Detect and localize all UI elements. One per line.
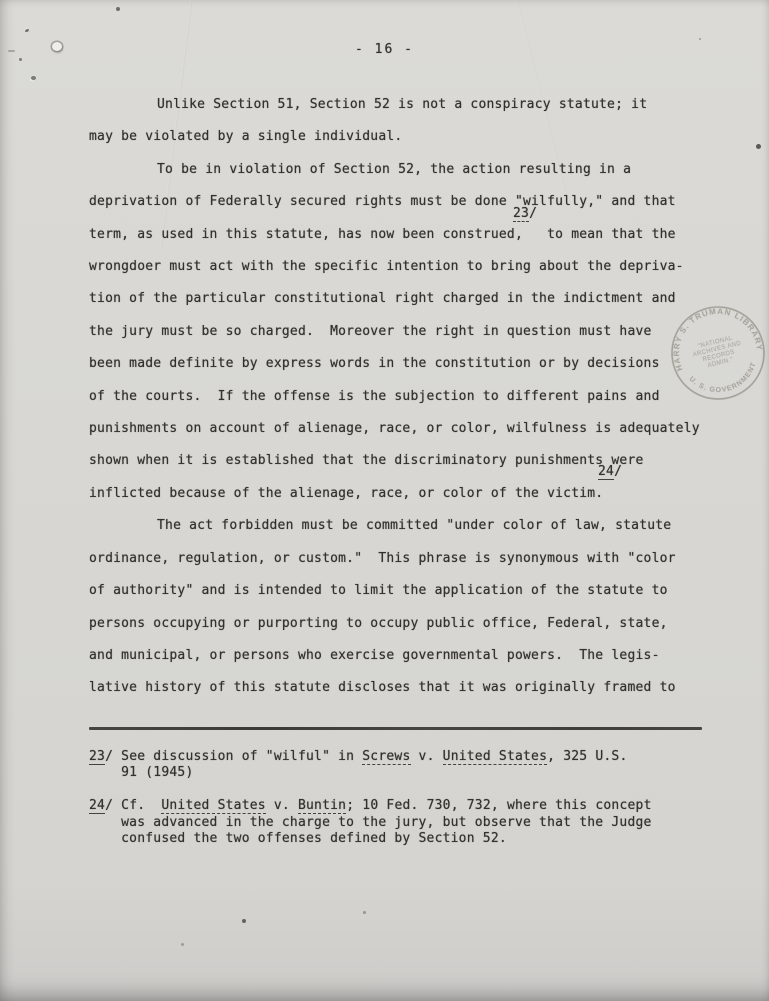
paper-speck [242, 919, 246, 923]
paper-speck [19, 58, 22, 61]
text-segment: 91 (1945) [89, 765, 193, 780]
footnote-line: 24/ Cf. United States v. Buntin; 10 Fed.… [89, 798, 652, 814]
footnote-ref-24: 24/ [598, 464, 622, 479]
text-segment: , 325 U.S. [547, 749, 627, 764]
footnote-line: confused the two offenses defined by Sec… [89, 831, 652, 847]
text-segment: was advanced in the charge to the jury, … [89, 815, 652, 830]
paper-speck [116, 7, 120, 11]
body-line: To be in violation of Section 52, the ac… [89, 154, 700, 186]
paper-speck [181, 943, 184, 946]
text-segment: / [614, 464, 622, 479]
underlined-text: United States [161, 798, 265, 814]
underlined-text: 23 [89, 749, 105, 765]
paper-speck [24, 28, 29, 32]
text-segment: v. [266, 798, 298, 813]
text-segment: / [529, 206, 537, 221]
body-line: been made definite by express words in t… [89, 348, 700, 380]
text-segment: v. [411, 749, 443, 764]
underlined-text: United States [443, 749, 547, 765]
text-segment: / Cf. [105, 798, 161, 813]
body-line: term, as used in this statute, has now b… [89, 219, 700, 251]
footnote-separator [89, 727, 702, 730]
body-line: wrongdoer must act with the specific int… [89, 251, 700, 283]
body-line: deprivation of Federally secured rights … [89, 186, 700, 218]
body-line: and municipal, or persons who exercise g… [89, 640, 700, 672]
footnote-ref-23: 23/ [513, 206, 537, 221]
underlined-text: Buntin [298, 798, 346, 814]
body-line: of the courts. If the offense is the sub… [89, 381, 700, 413]
paper-speck [756, 144, 761, 149]
footnote-line: 91 (1945) [89, 765, 652, 781]
footnote-line: 23/ See discussion of "wilful" in Screws… [89, 749, 652, 765]
paper-speck [699, 38, 701, 40]
scanned-document-page: - 16 - Unlike Section 51, Section 52 is … [0, 0, 769, 1001]
underlined-text: Screws [362, 749, 410, 765]
body-line: lative history of this statute discloses… [89, 672, 700, 704]
body-line: may be violated by a single individual. [89, 121, 700, 153]
body-line: punishments on account of alienage, race… [89, 413, 700, 445]
body-line: ordinance, regulation, or custom." This … [89, 543, 700, 575]
footnotes-text: 23/ See discussion of "wilful" in Screws… [89, 749, 652, 847]
body-line: Unlike Section 51, Section 52 is not a c… [89, 89, 700, 121]
body-line: the jury must be so charged. Moreover th… [89, 316, 700, 348]
text-segment: ; 10 Fed. 730, 732, where this concept [346, 798, 651, 813]
body-line: persons occupying or purporting to occup… [89, 608, 700, 640]
body-line: of authority" and is intended to limit t… [89, 575, 700, 607]
footnote-line: was advanced in the charge to the jury, … [89, 815, 652, 831]
underlined-text: 24 [89, 798, 105, 814]
underlined-text: 24 [598, 464, 614, 480]
footnote-line [89, 782, 652, 798]
body-line: inflicted because of the alienage, race,… [89, 478, 700, 510]
underlined-text: 23 [513, 206, 529, 222]
paper-speck [31, 76, 36, 80]
text-segment: confused the two offenses defined by Sec… [89, 831, 507, 846]
body-text: Unlike Section 51, Section 52 is not a c… [89, 89, 700, 705]
paper-speck [363, 911, 366, 914]
page-number: - 16 - [0, 42, 769, 57]
text-segment: / See discussion of "wilful" in [105, 749, 362, 764]
body-line: The act forbidden must be committed "und… [89, 510, 700, 542]
body-line: tion of the particular constitutional ri… [89, 283, 700, 315]
